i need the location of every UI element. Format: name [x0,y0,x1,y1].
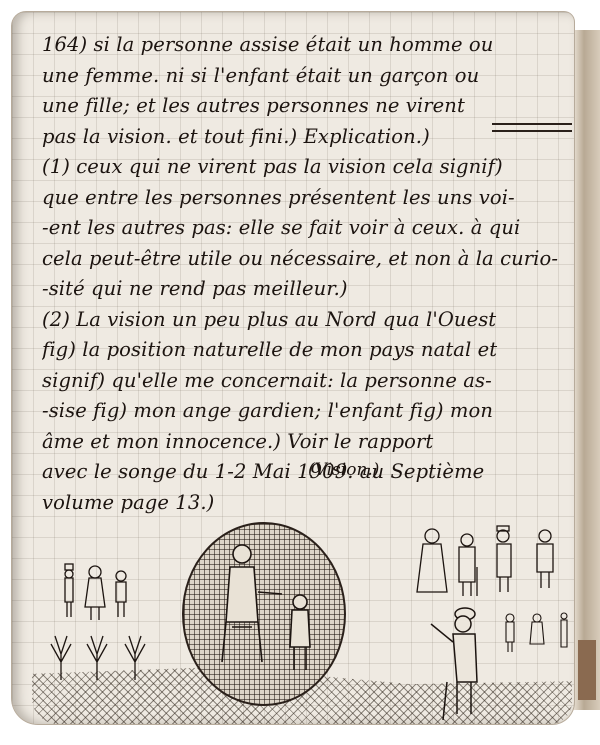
trees-icon [47,632,157,682]
text-line: (1) ceux qui ne virent pas la vision cel… [42,152,572,183]
text-line: âme et mon innocence.) Voir le rapport [42,427,572,458]
seated-figure-icon [212,542,322,682]
text-line: (2) La vision un peu plus au Nord qua l'… [42,305,572,336]
text-line: -sité qui ne rend pas meilleur.) [42,274,572,305]
double-underline [492,123,572,132]
text-line: une femme. ni si l'enfant était un garço… [42,61,572,92]
illustration [32,502,572,724]
notebook-page: 164) si la personne assise était un homm… [12,12,574,724]
man-with-cane-icon [417,602,497,722]
handwritten-text: 164) si la personne assise était un homm… [42,30,572,518]
text-line: que entre les personnes présentent les u… [42,183,572,214]
text-line: -sise fig) mon ange gardien; l'enfant fi… [42,396,572,427]
text-line: signif) qu'elle me concernait: la person… [42,366,572,397]
text-line: une fille; et les autres personnes ne vi… [42,91,572,122]
distant-figures-icon [502,612,572,662]
text-line: cela peut-être utile ou nécessaire, et n… [42,244,572,275]
left-people-group-icon [57,562,157,632]
text-line: -ent les autres pas: elle se fait voir à… [42,213,572,244]
notebook-tab [578,640,596,700]
text-line: fig) la position naturelle de mon pays n… [42,335,572,366]
text-line: avec le songe du 1-2 Mai 1909. au Septiè… [42,457,572,488]
vision-caption: (Vision.) [308,460,379,480]
text-line: 164) si la personne assise était un homm… [42,30,572,61]
right-people-group-icon [417,522,577,602]
